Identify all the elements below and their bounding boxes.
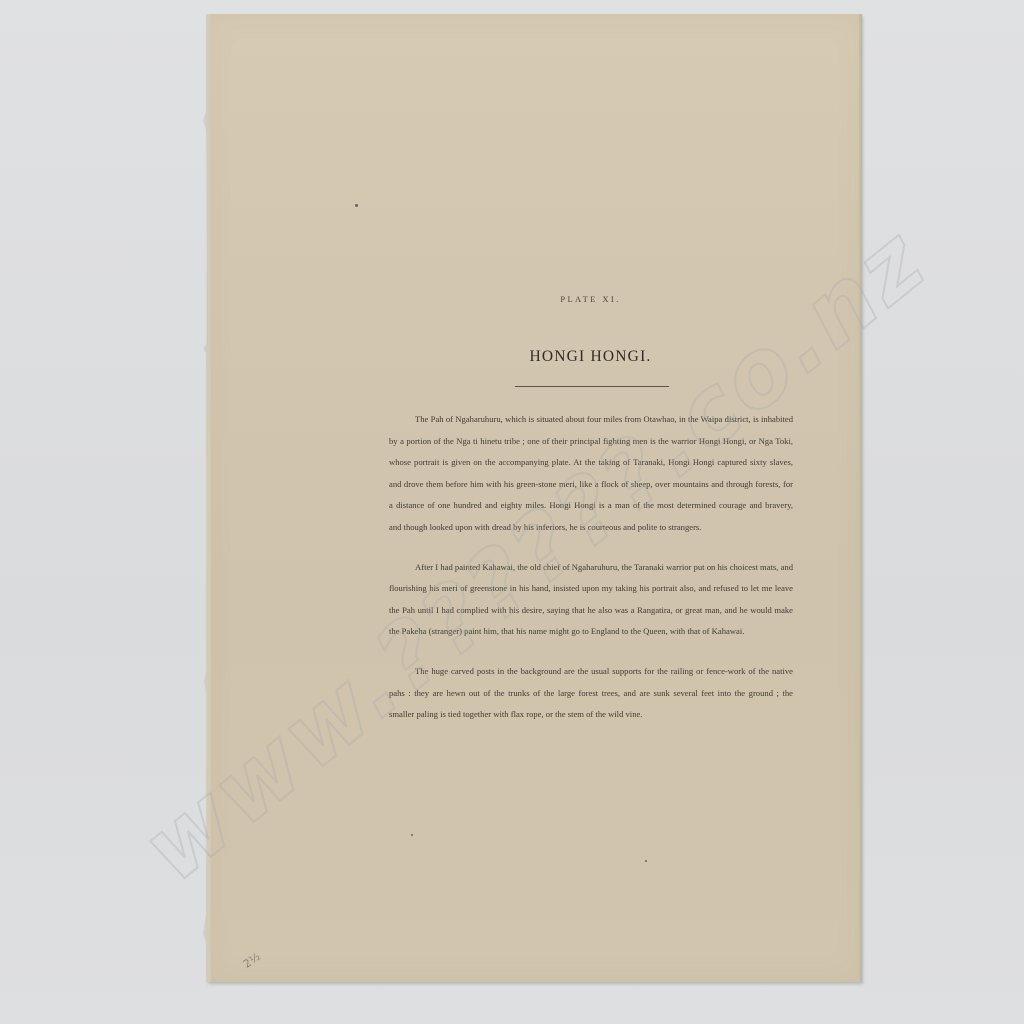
text-line: smaller paling is tied together with fla… [353, 704, 793, 726]
antique-page: PLATE XI. HONGI HONGI. The Pah of Ngahar… [207, 14, 862, 982]
foxing-speck [355, 204, 358, 207]
photo-stage: PLATE XI. HONGI HONGI. The Pah of Ngahar… [0, 0, 1024, 1024]
text-line: the Pakeha (stranger) paint him, that hi… [353, 621, 793, 643]
text-line: and though looked upon with dread by his… [353, 517, 793, 539]
text-line: After I had painted Kahawai, the old chi… [353, 557, 793, 579]
page-title: HONGI HONGI. [388, 348, 793, 366]
paragraph-1: The Pah of Ngaharuhuru, which is situate… [353, 409, 793, 539]
text-line: whose portrait is given on the accompany… [353, 452, 793, 474]
foxing-speck [645, 860, 647, 862]
text-line: The huge carved posts in the background … [353, 661, 793, 683]
text-line: flourishing his meri of greenstone in hi… [353, 578, 793, 600]
text-line: The Pah of Ngaharuhuru, which is situate… [353, 409, 793, 431]
paragraph-3: The huge carved posts in the background … [353, 661, 793, 726]
paragraph-2: After I had painted Kahawai, the old chi… [353, 557, 793, 643]
text-line: and drove them before him with his green… [353, 474, 793, 496]
foxing-speck [411, 834, 413, 836]
text-line: pahs : they are hewn out of the trunks o… [353, 683, 793, 705]
pencil-annotation: 2½ [241, 950, 263, 971]
title-rule [515, 386, 669, 387]
plate-text-block: PLATE XI. HONGI HONGI. The Pah of Ngahar… [353, 294, 793, 726]
text-line: a distance of one hundred and eighty mil… [353, 495, 793, 517]
text-line: by a portion of the Nga ti hinetu tribe … [353, 431, 793, 453]
page-right-edge [859, 14, 862, 982]
text-line: the Pah until I had complied with his de… [353, 600, 793, 622]
plate-number: PLATE XI. [388, 294, 793, 304]
